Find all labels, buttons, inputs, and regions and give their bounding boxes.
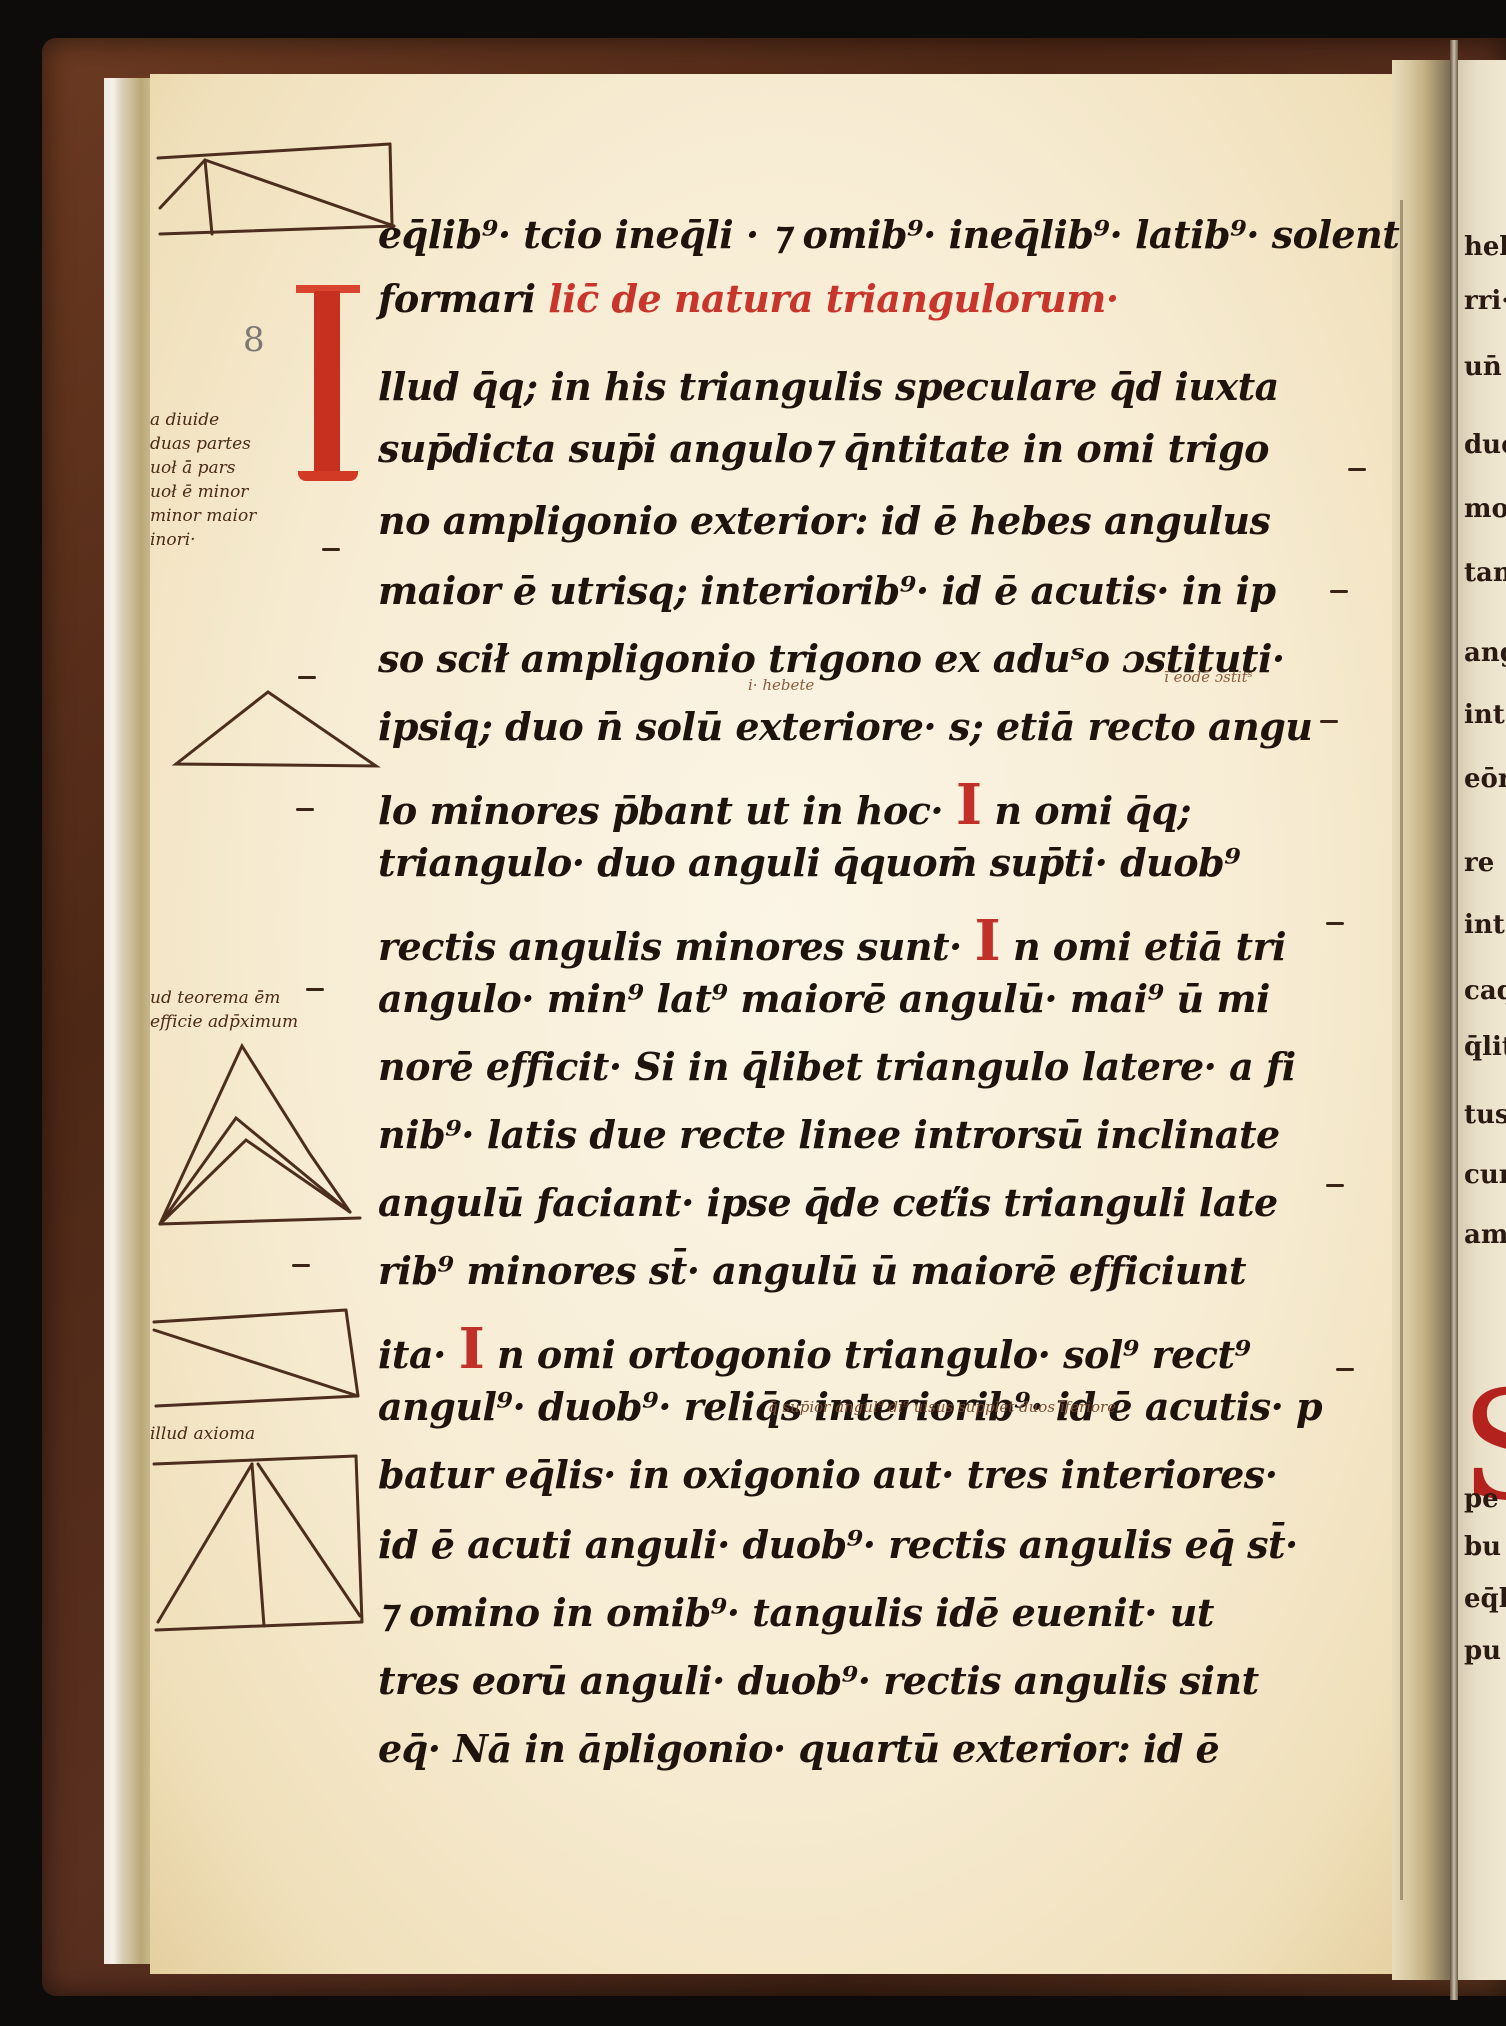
text-segment: formari: [378, 276, 536, 321]
text-line: maior ē utrisq; interiorib⁹· id ē acutis…: [378, 568, 1276, 613]
text-line: eq̄lib⁹· tcio ineq̄li · ⁊ omib⁹· ineq̄li…: [378, 212, 1399, 257]
diagram-triangle-with-altitude: [150, 1450, 380, 1640]
rubric-heading: lic̄ de natura triangulorum·: [548, 276, 1118, 321]
margin-note-axiom: illud axioma: [150, 1422, 255, 1446]
interlinear-gloss: i· hebete: [748, 676, 814, 694]
gutter-fold-line: [1400, 200, 1403, 1900]
diagram-nested-triangles: [150, 1040, 370, 1230]
interlinear-gloss: ī eodē ɔstitˢ: [1164, 668, 1253, 686]
text-line: angulū faciant· ipse q̄de ceťis triangul…: [378, 1180, 1278, 1225]
margin-dash: [1330, 590, 1348, 593]
facing-fragment: hebet: [1464, 232, 1506, 262]
diagram-right-triangle-rectangle: [150, 1300, 370, 1410]
text-line: no ampligonio exterior: id ē hebes angul…: [378, 498, 1270, 543]
margin-dash: [296, 808, 314, 811]
text-line: ita· I n omi ortogonio triangulo· sol⁹ r…: [378, 1316, 1251, 1382]
facing-fragment: rri·u: [1464, 286, 1506, 316]
facing-fragment: re: [1464, 848, 1494, 878]
facing-fragment: bu: [1464, 1532, 1501, 1562]
margin-dash: [1326, 922, 1344, 925]
facing-fragment: eōri: [1464, 764, 1506, 794]
folio-number: 8: [243, 320, 265, 360]
text-line: sup̄dicta sup̄i angulo⁊ q̄ntitate in omi…: [378, 426, 1269, 471]
margin-dash: [292, 1264, 310, 1267]
text-line: rectis angulis minores sunt· I n omi eti…: [378, 908, 1286, 974]
facing-fragment: cun: [1464, 1160, 1506, 1190]
text-line: so scił ampligonio trigono ex aduˢo ɔsti…: [378, 636, 1285, 681]
facing-fragment: pu: [1464, 1636, 1501, 1666]
red-initial-small: I: [956, 772, 982, 838]
diagram-rectangle-with-triangle: [150, 130, 400, 250]
facing-fragment: eq̄l: [1464, 1584, 1506, 1614]
margin-note-theorem: ud teorema ē̄m efficie adp̄ximum: [150, 986, 298, 1034]
margin-dash: [306, 988, 324, 991]
margin-dash: [322, 548, 340, 551]
facing-fragment: tus: [1464, 1100, 1506, 1130]
text-line: ⁊ omino in omib⁹· tangulis idē euenit· u…: [378, 1590, 1214, 1635]
text-line: batur eq̄lis· in oxigonio aut· tres inte…: [378, 1452, 1277, 1497]
text-segment: rectis angulis minores sunt·: [378, 924, 962, 969]
red-initial-small: I: [459, 1316, 485, 1382]
text-line: triangulo· duo anguli q̄quom̄ sup̄ti· du…: [378, 840, 1240, 885]
facing-fragment: int: [1464, 700, 1505, 730]
text-line: nib⁹· latis due recte linee introrsū inc…: [378, 1112, 1280, 1157]
text-line: tres eorū anguli· duob⁹· rectis angulis …: [378, 1658, 1259, 1703]
facing-fragment: un̄: [1464, 352, 1502, 382]
diagram-obtuse-triangle: [170, 680, 380, 780]
margin-dash: [1348, 468, 1366, 471]
text-line: norē efficit· Si in q̄libet triangulo la…: [378, 1044, 1296, 1089]
facing-fragment: duo: [1464, 430, 1506, 460]
text-line: id ē acuti anguli· duob⁹· rectis angulis…: [378, 1522, 1298, 1567]
margin-dash: [1320, 720, 1338, 723]
facing-fragment: ang: [1464, 638, 1506, 668]
facing-fragment: q̄lit: [1464, 1032, 1506, 1062]
facing-fragment: caq·: [1464, 976, 1506, 1006]
text-segment: n omi etiā tri: [1013, 924, 1286, 969]
text-line: eq̄· Nā in āpligonio· quartū exterior: i…: [378, 1726, 1219, 1771]
margin-dash: [298, 676, 316, 679]
text-line: angulo· min⁹ lat⁹ maiorē angulū· mai⁹ ū …: [378, 976, 1270, 1021]
text-line: lo minores p̄bant ut in hoc· I n omi q̄q…: [378, 772, 1191, 838]
facing-fragment: tam: [1464, 558, 1506, 588]
red-initial-small: I: [975, 908, 1001, 974]
facing-fragment: pe: [1464, 1484, 1499, 1514]
interlinear-gloss: q̄ sup̄ior angul⁹ di⁹ uisus supplet duos…: [768, 1398, 1116, 1416]
text-line: rib⁹ minores st̄· angulū ū maiorē effici…: [378, 1248, 1246, 1293]
text-line: formari lic̄ de natura triangulorum·: [378, 276, 1119, 321]
red-initial-I: [296, 285, 352, 485]
facing-fragment: int: [1464, 910, 1505, 940]
text-segment: ita·: [378, 1332, 446, 1377]
text-segment: n omi q̄q;: [994, 788, 1191, 833]
margin-dash: [1326, 1184, 1344, 1187]
facing-fragment: mo·: [1464, 494, 1506, 524]
page-edges-stack: [104, 78, 150, 1964]
facing-fragment: am: [1464, 1220, 1506, 1250]
text-segment: n omi ortogonio triangulo· sol⁹ rect⁹: [497, 1332, 1251, 1377]
text-segment: lo minores p̄bant ut in hoc·: [378, 788, 943, 833]
facing-page-edge: hebet rri·u un̄ duo mo· tam ang int eōri…: [1458, 60, 1506, 1980]
margin-dash: [1336, 1368, 1354, 1371]
text-line: ipsiq; duo n̄ solū exteriore· s; etiā re…: [378, 704, 1312, 749]
text-line: llud q̄q; in his triangulis speculare q̄…: [378, 364, 1279, 409]
spine-seam: [1450, 40, 1458, 2000]
margin-note-division: a diuide duas partes uoł ā̄ pars uoł ē m…: [150, 408, 256, 552]
